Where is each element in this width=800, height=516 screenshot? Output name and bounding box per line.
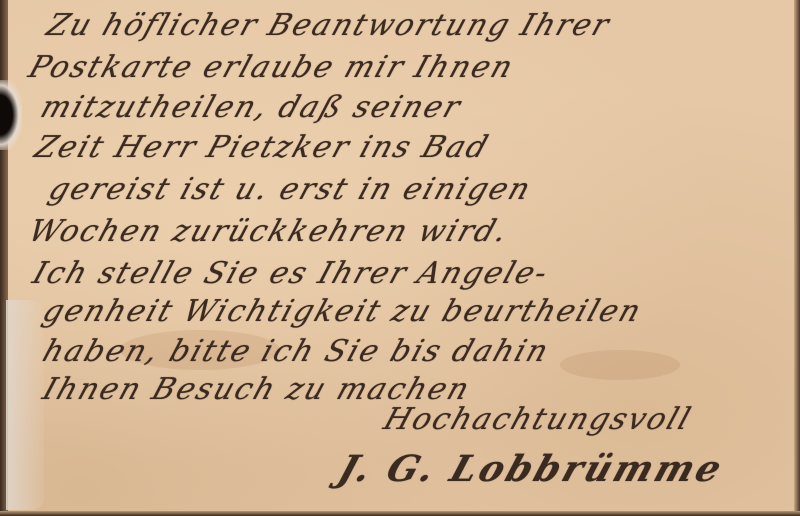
card-edge-right — [794, 0, 800, 516]
postcard: Zu höflicher Beantwortung Ihrer Postkart… — [0, 0, 800, 516]
closing-salutation: Hochachtungsvoll — [379, 402, 696, 437]
text-line-1: Zu höflicher Beantwortung Ihrer — [42, 8, 615, 43]
text-line-8: genheit Wichtigkeit zu beurtheilen — [38, 294, 647, 329]
text-line-6: Wochen zurückkehren wird. — [24, 214, 513, 249]
text-line-3: mitzutheilen, daß seiner — [36, 90, 466, 125]
signature: J. G. Lobbrümme — [333, 448, 729, 490]
card-edge-bottom — [0, 511, 800, 516]
text-line-7: Ich stelle Sie es Ihrer Angele- — [28, 256, 553, 291]
paper-stain — [560, 350, 680, 380]
text-line-2: Postkarte erlaube mir Ihnen — [24, 50, 518, 85]
text-line-4: Zeit Herr Pietzker ins Bad — [30, 130, 493, 165]
text-line-5: gereist ist u. erst in einigen — [44, 172, 536, 207]
text-line-9: haben, bitte ich Sie bis dahin — [38, 334, 554, 369]
paper-tear — [0, 80, 22, 150]
